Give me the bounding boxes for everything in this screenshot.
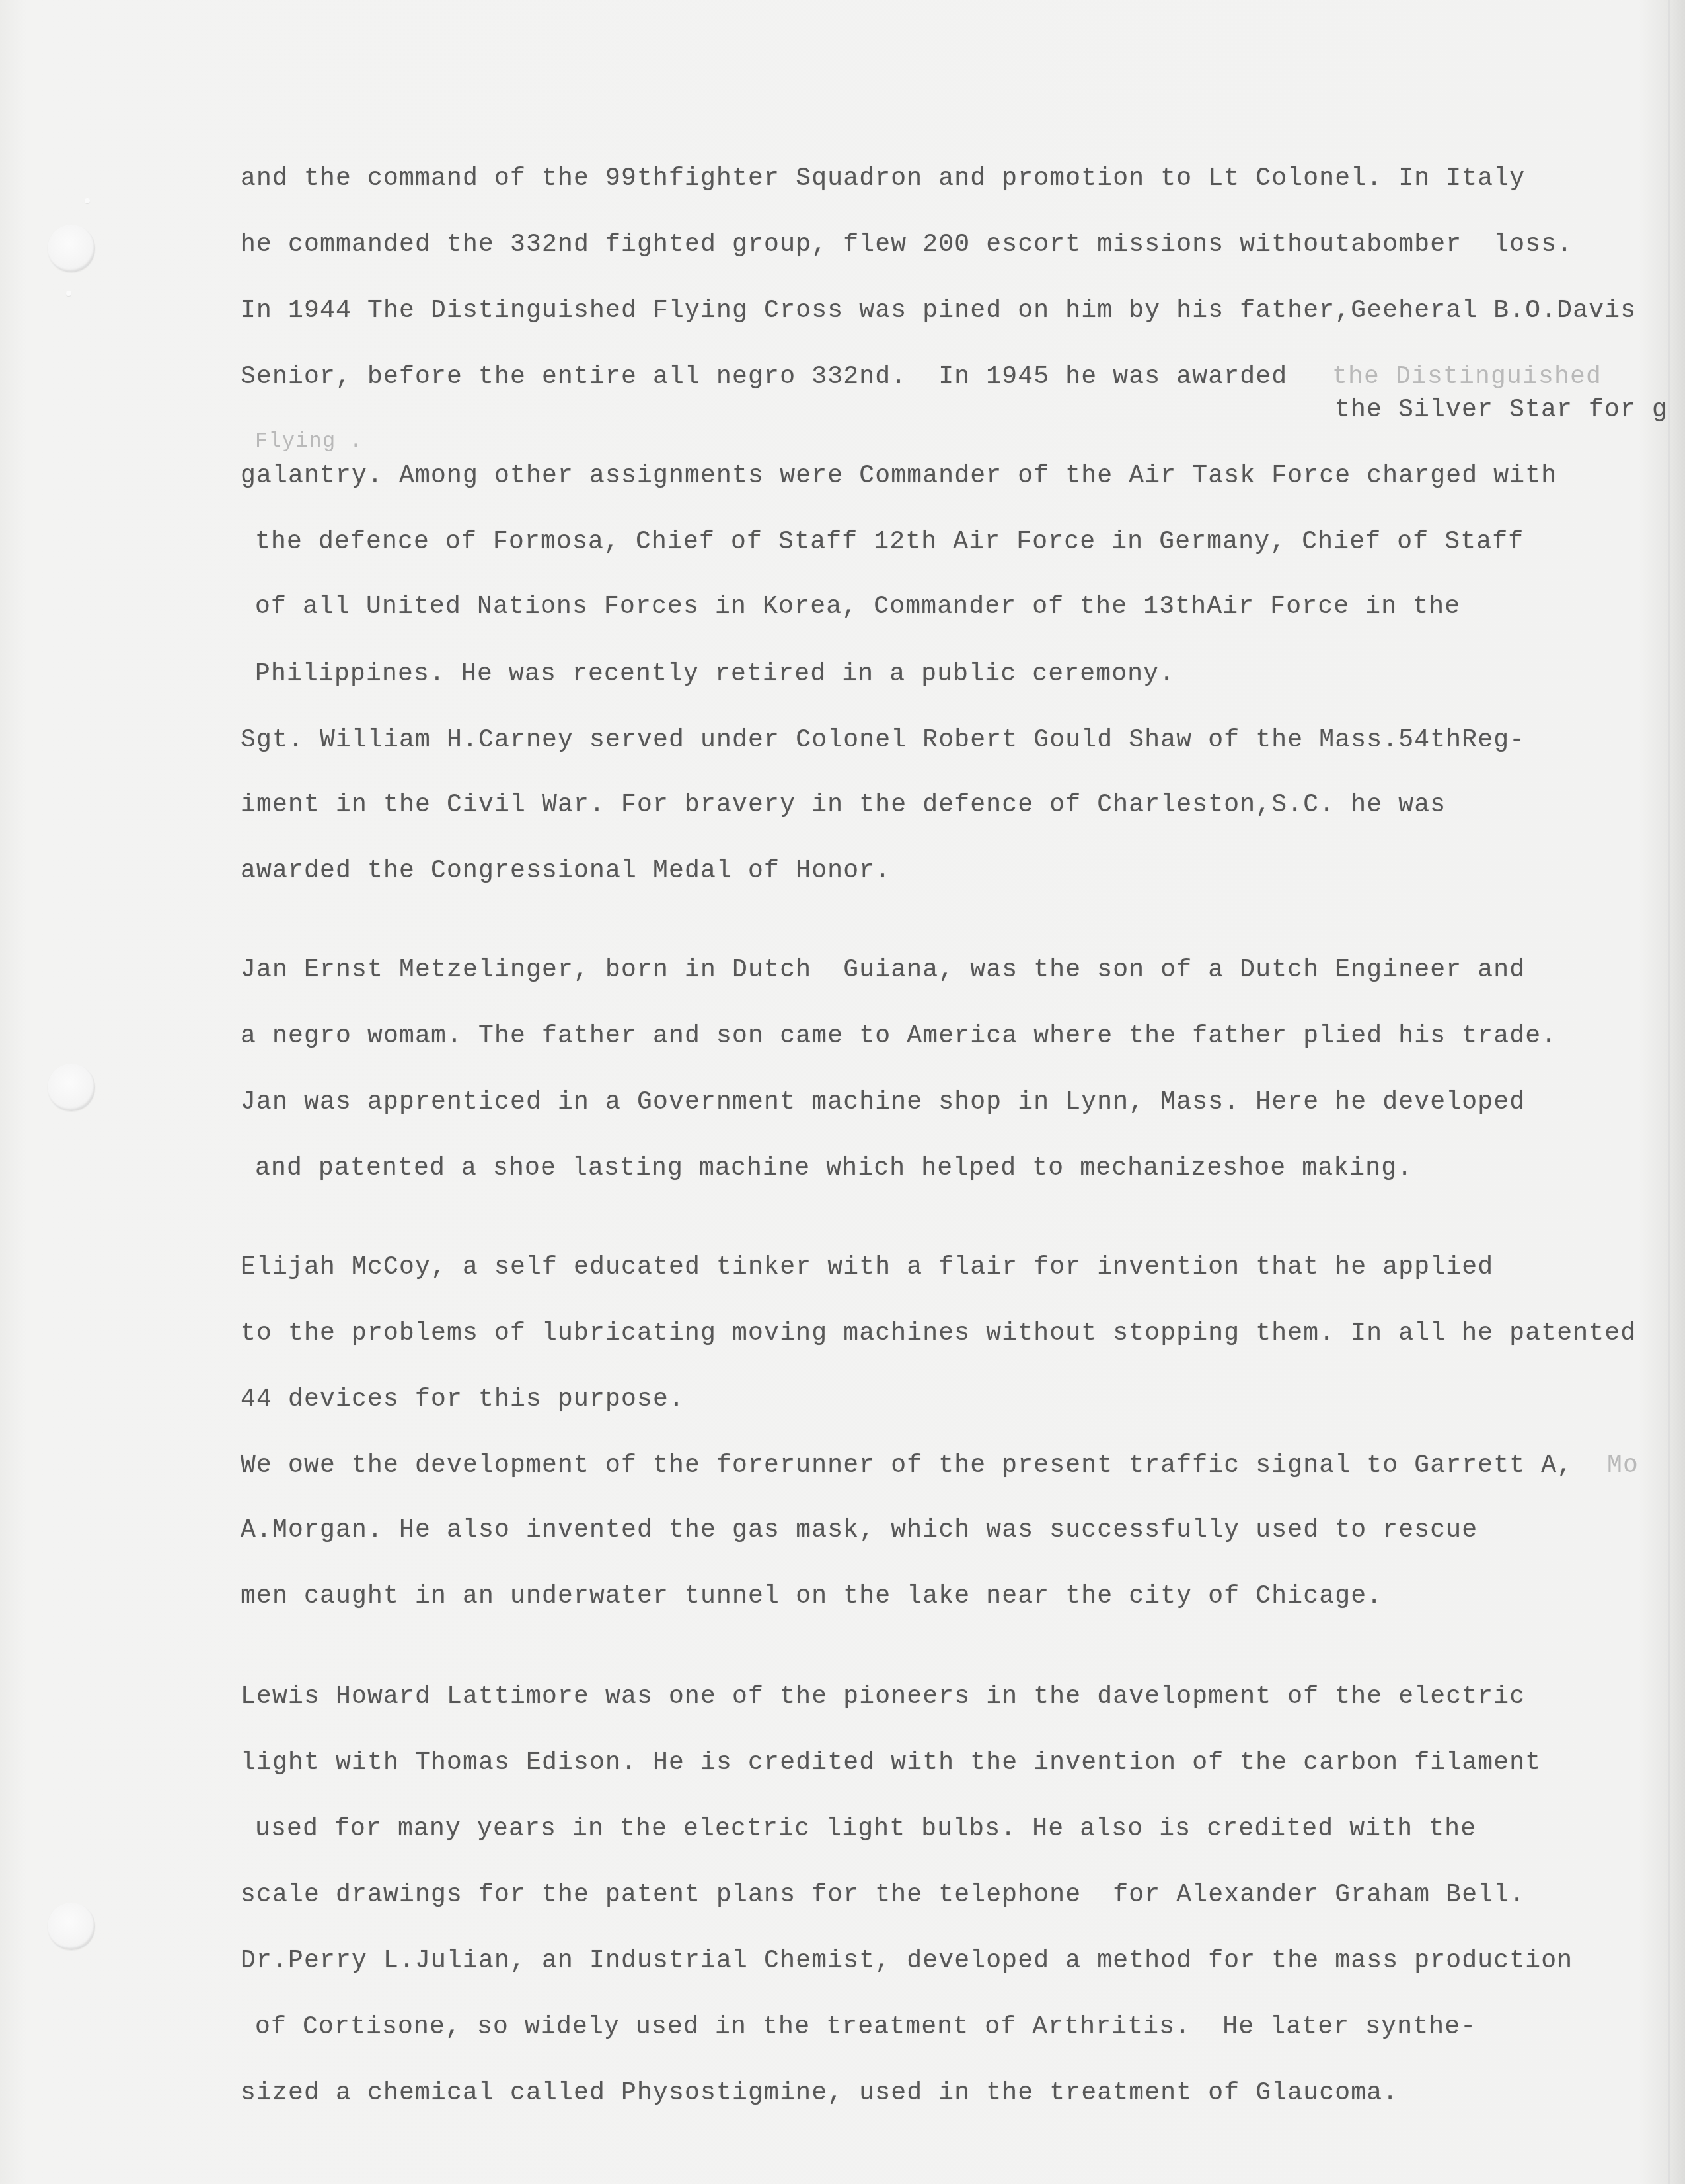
text-line: iment in the Civil War. For bravery in t… (241, 793, 1446, 818)
text-line: Sgt. William H.Carney served under Colon… (241, 728, 1525, 753)
struck-text-distinguished: the Distinguished (1332, 365, 1602, 390)
text-line: galantry. Among other assignments were C… (241, 464, 1557, 489)
text-line: Lewis Howard Lattimore was one of the pi… (241, 1685, 1525, 1710)
punch-hole-top (48, 225, 95, 272)
text-line: of all United Nations Forces in Korea, C… (255, 595, 1460, 620)
paper-speck (66, 291, 71, 296)
text-line: of Cortisone, so widely used in the trea… (255, 2015, 1476, 2040)
text-line: used for many years in the electric ligh… (255, 1817, 1476, 1842)
text-line: Jan Ernst Metzelinger, born in Dutch Gui… (241, 958, 1525, 983)
text-line: sized a chemical called Physostigmine, u… (241, 2081, 1398, 2106)
text-line: Philippines. He was recently retired in … (255, 662, 1175, 687)
text-line: awarded the Congressional Medal of Honor… (241, 859, 891, 884)
text-line: Dr.Perry L.Julian, an Industrial Chemist… (241, 1949, 1573, 1974)
text-line: Jan was apprenticed in a Government mach… (241, 1090, 1525, 1115)
text-line: 44 devices for this purpose. (241, 1387, 685, 1412)
text-line: and patented a shoe lasting machine whic… (255, 1156, 1413, 1181)
struck-text-mo: Mo (1607, 1453, 1639, 1478)
text-line: light with Thomas Edison. He is credited… (241, 1751, 1541, 1776)
text-line: he commanded the 332nd fighted group, fl… (241, 233, 1573, 258)
punch-hole-middle (48, 1064, 95, 1111)
page-edge-shadow (1668, 0, 1670, 2184)
text-line: men caught in an underwater tunnel on th… (241, 1584, 1382, 1609)
text-line: We owe the development of the forerunner… (241, 1453, 1573, 1478)
paper-speck (85, 198, 90, 203)
struck-text-flying: Flying . (255, 431, 363, 452)
text-line: the defence of Formosa, Chief of Staff 1… (255, 530, 1524, 555)
text-line: to the problems of lubricating moving ma… (241, 1321, 1636, 1346)
inserted-text-silver-star: the Silver Star for g (1335, 398, 1668, 423)
punch-hole-bottom (48, 1903, 95, 1950)
text-line: In 1944 The Distinguished Flying Cross w… (241, 299, 1636, 324)
text-line: Senior, before the entire all negro 332n… (241, 365, 1287, 390)
text-line: a negro womam. The father and son came t… (241, 1024, 1557, 1049)
text-line: A.Morgan. He also invented the gas mask,… (241, 1518, 1478, 1543)
text-line: and the command of the 99thfighter Squad… (241, 166, 1525, 192)
text-line: scale drawings for the patent plans for … (241, 1883, 1525, 1908)
scanned-document-page: and the command of the 99thfighter Squad… (0, 0, 1685, 2184)
text-line: Elijah McCoy, a self educated tinker wit… (241, 1255, 1493, 1280)
